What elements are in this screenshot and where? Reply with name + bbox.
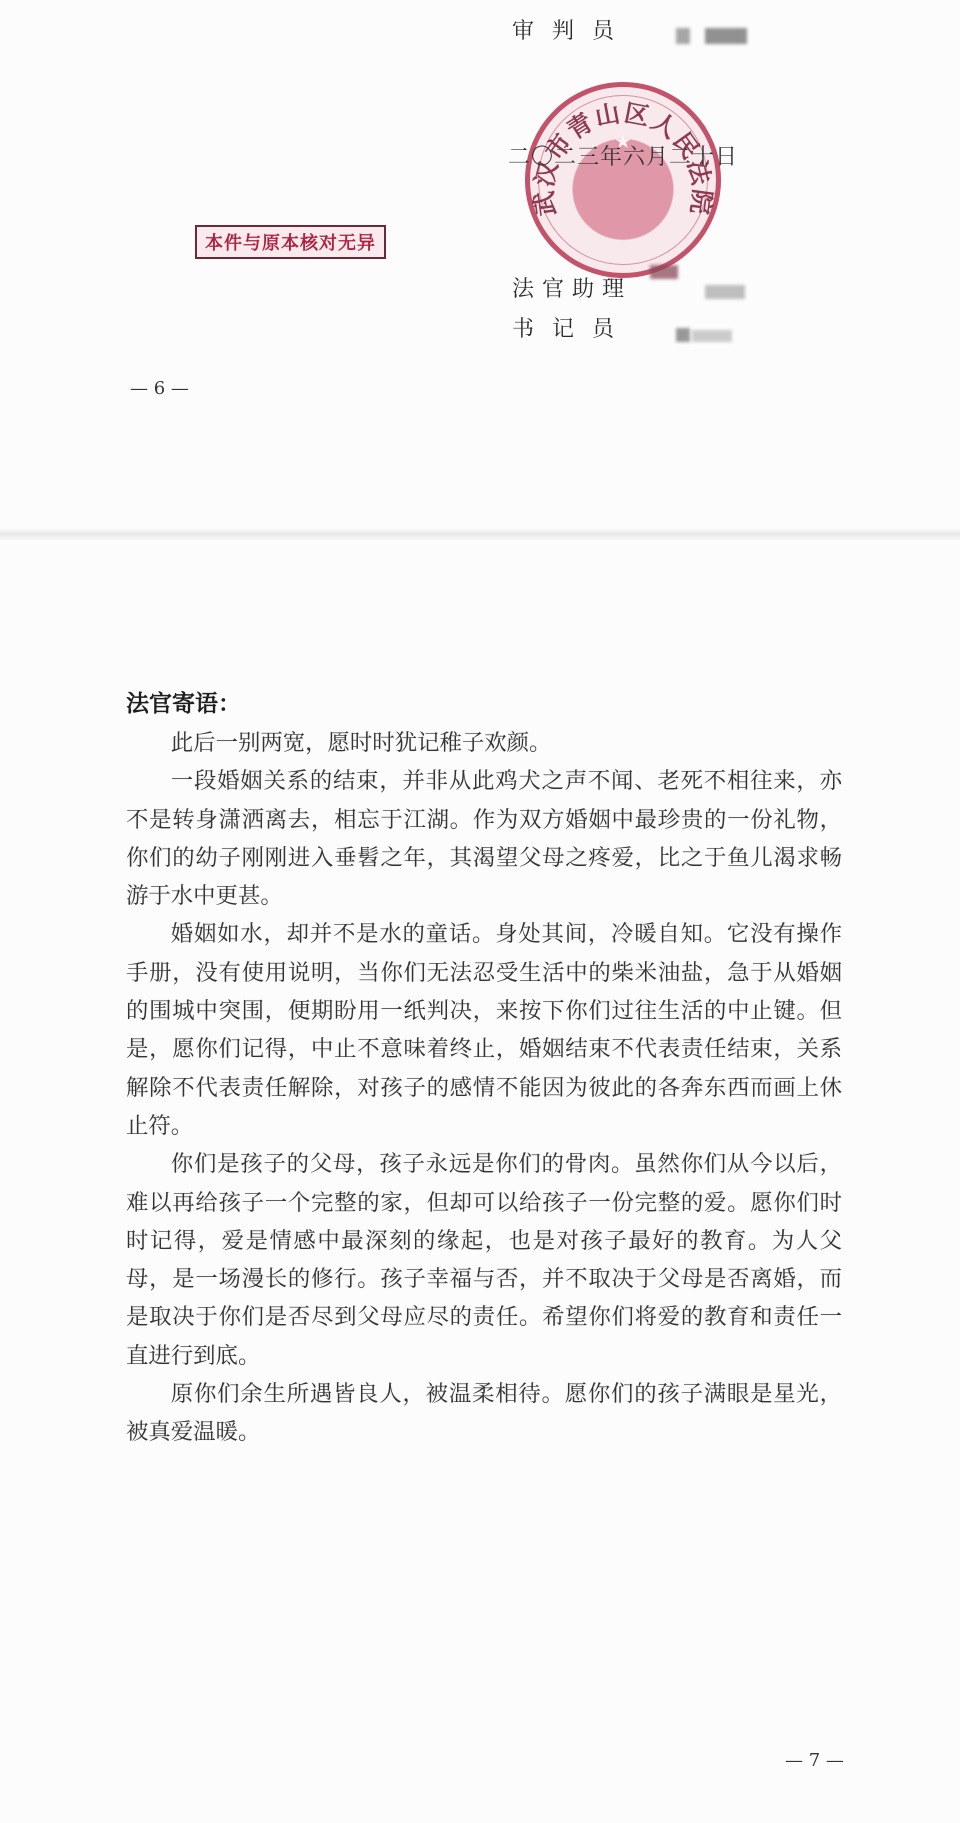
redacted-assistant-name	[650, 265, 678, 279]
section-title: 法官寄语：	[126, 685, 241, 718]
clerk-row: 书记员	[512, 312, 632, 343]
paragraph: 一段婚姻关系的结束，并非从此鸡犬之声不闻、老死不相往来，亦不是转身潇洒离去，相忘…	[126, 762, 842, 915]
paragraph: 此后一别两宽，愿时时犹记稚子欢颜。	[126, 724, 842, 762]
judgment-date: 二〇二三年六月二十日	[508, 140, 738, 171]
paragraph: 原你们余生所遇皆良人，被温柔相待。愿你们的孩子满眼是星光，被真爱温暖。	[126, 1375, 842, 1452]
seal-text: 武汉市青山区人民法院	[530, 87, 716, 273]
redacted-judge-name	[705, 28, 747, 44]
copy-verified-stamp: 本件与原本核对无异	[195, 225, 386, 259]
paragraph: 婚姻如水，却并不是水的童话。身处其间，冷暖自知。它没有操作手册，没有使用说明，当…	[126, 915, 842, 1145]
page-number-6: — 6 —	[130, 378, 189, 399]
judge-message-body: 此后一别两宽，愿时时犹记稚子欢颜。 一段婚姻关系的结束，并非从此鸡犬之声不闻、老…	[126, 724, 842, 1452]
paragraph: 你们是孩子的父母，孩子永远是你们的骨肉。虽然你们从今以后，难以再给孩子一个完整的…	[126, 1145, 842, 1375]
clerk-label: 书记员	[512, 312, 632, 343]
judge-label: 审判员	[512, 14, 632, 45]
redacted-assistant-name	[705, 285, 745, 299]
assistant-label: 法官助理	[512, 272, 632, 303]
court-seal: 武汉市青山区人民法院 ★	[525, 82, 721, 278]
assistant-row: 法官助理	[512, 272, 632, 303]
page-number-7: — 7 —	[785, 1750, 844, 1771]
page-7: 法官寄语： 此后一别两宽，愿时时犹记稚子欢颜。 一段婚姻关系的结束，并非从此鸡犬…	[0, 540, 960, 1823]
judge-row: 审判员	[512, 14, 632, 45]
redacted-clerk-name	[692, 330, 732, 342]
redacted-judge-name	[676, 28, 690, 44]
redacted-clerk-name	[676, 328, 690, 342]
page-6: 审判员 武汉市青山区人民法院 ★ 二〇二三年六月二十日 本件与原本核对无异 法官…	[0, 0, 960, 530]
